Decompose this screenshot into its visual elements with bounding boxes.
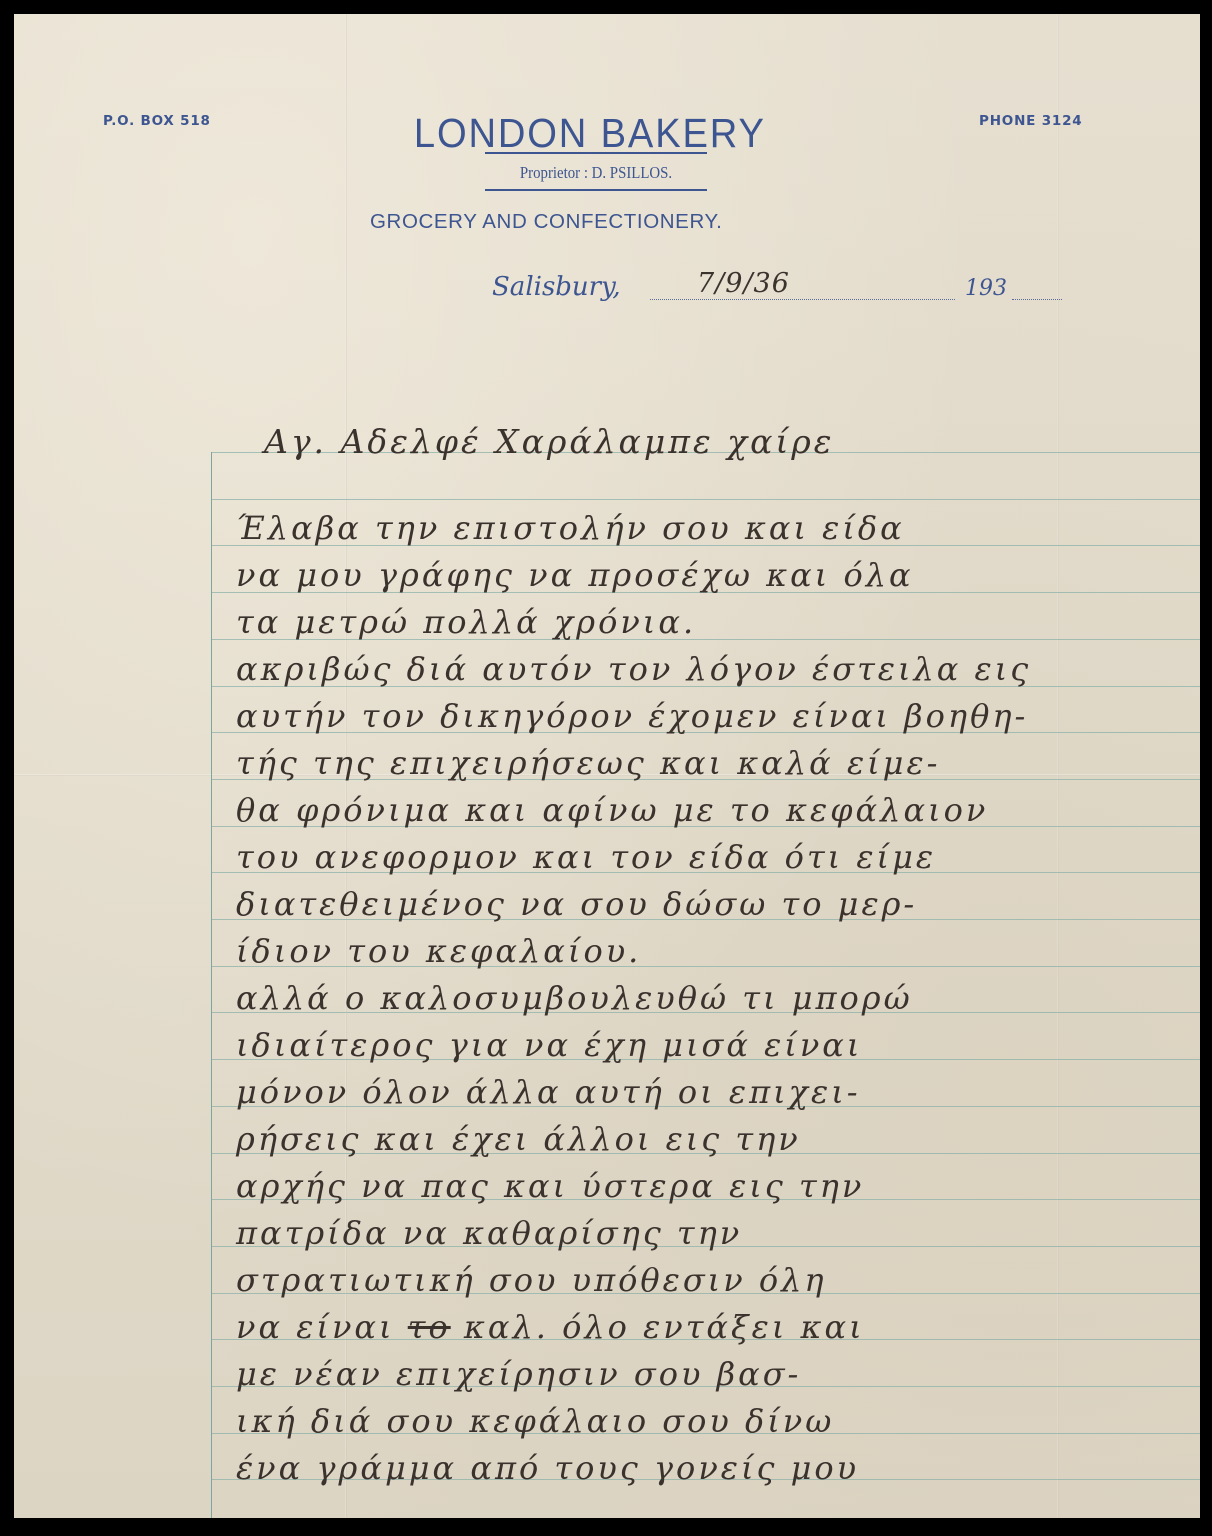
salutation: Αγ. Αδελφέ Χαράλαμπε χαίρε [264, 422, 835, 461]
place-name: Salisbury, [492, 272, 621, 302]
letter-line: Έλαβα την επιστολήν σου και είδα [236, 509, 905, 547]
letter-line: θα φρόνιμα και αφίνω με το κεφάλαιον [236, 791, 988, 829]
phone-number: PHONE 3124 [979, 113, 1082, 129]
business-name: LONDON BAKERY [362, 110, 818, 157]
letter-line: του ανεφορμον και τον είδα ότι είμε [236, 838, 936, 876]
po-box: P.O. BOX 518 [103, 113, 211, 129]
letterhead-rule-bottom [485, 189, 707, 191]
handwritten-date: 7/9/36 [697, 268, 790, 299]
letterhead-rule-top [485, 152, 707, 154]
letter-line: μόνον όλον άλλα αυτή οι επιχει- [236, 1073, 861, 1111]
letter-line: στρατιωτική σου υπόθεσιν όλη [236, 1261, 827, 1299]
letter-line: ένα γράμμα από τους γονείς μου [236, 1449, 859, 1487]
letter-line: τής της επιχειρήσεως και καλά είμε- [236, 744, 940, 782]
date-dotted-line [650, 299, 955, 300]
letter-line: να είναι το καλ. όλο εντάξει και [236, 1308, 865, 1346]
trade-description: GROCERY AND CONFECTIONERY. [370, 210, 722, 234]
letter-line-end: καλ. όλο εντάξει και [464, 1308, 865, 1346]
letter-line: με νέαν επιχείρησιν σου βασ- [236, 1355, 801, 1393]
letter-line: τα μετρώ πολλά χρόνια. [236, 603, 696, 641]
letter-line: να μου γράφης να προσέχω και όλα [236, 556, 914, 594]
printed-year: 193 [965, 276, 1007, 301]
letter-line: ιδιαίτερος για να έχη μισά είναι [236, 1026, 862, 1064]
letter-line: πατρίδα να καθαρίσης την [236, 1214, 742, 1252]
letter-line: αλλά ο καλοσυμβουλευθώ τι μπορώ [236, 979, 913, 1017]
letter-line: διατεθειμένος να σου δώσω το μερ- [236, 885, 917, 923]
struck-word: το [408, 1308, 451, 1346]
letter-line: αυτήν τον δικηγόρον έχομεν είναι βοηθη- [236, 697, 1028, 735]
letter-line: ρήσεις και έχει άλλοι εις την [236, 1120, 801, 1158]
ruled-line [212, 499, 1200, 500]
letter-line: ακριβώς διά αυτόν τον λόγον έστειλα εις [236, 650, 1031, 688]
proprietor: Proprietor : D. PSILLOS. [496, 163, 696, 183]
letter-page: P.O. BOX 518 LONDON BAKERY PHONE 3124 Pr… [14, 14, 1200, 1518]
letter-line: ική διά σου κεφάλαιο σου δίνω [236, 1402, 834, 1440]
year-dotted-line [1012, 299, 1062, 300]
letter-line: ίδιον του κεφαλαίου. [236, 932, 641, 970]
letter-line: αρχής να πας και ύστερα εις την [236, 1167, 864, 1205]
letter-line-start: να είναι [236, 1308, 395, 1346]
